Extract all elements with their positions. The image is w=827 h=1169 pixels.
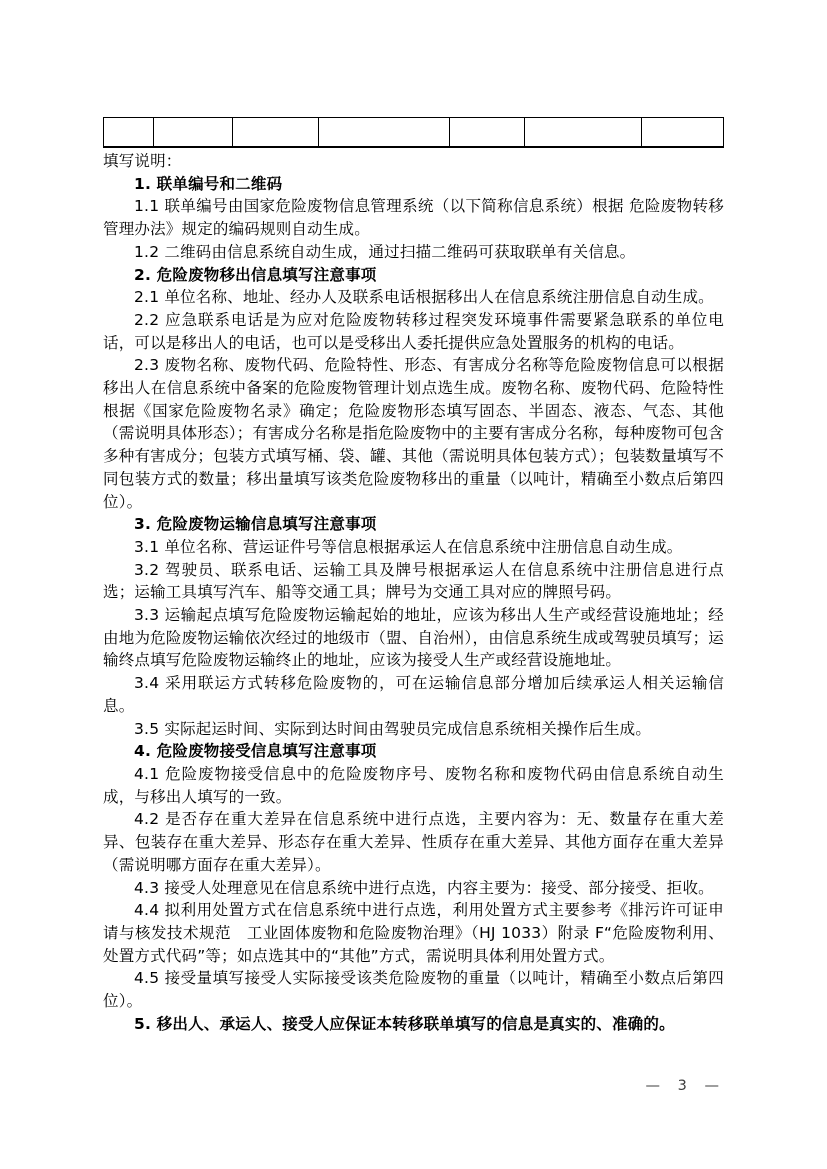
instruction-item-3-5: 3.5 实际起运时间、实际到达时间由驾驶员完成信息系统相关操作后生成。 [103, 718, 724, 741]
instruction-item-3-3: 3.3 运输起点填写危险废物运输起始的地址，应该为移出人生产或经营设施地址；经由… [103, 604, 724, 672]
instruction-item-4-5: 4.5 接受量填写接受人实际接受该类危险废物的重量（以吨计，精确至小数点后第四位… [103, 967, 724, 1012]
section-3-heading: 3. 危险废物运输信息填写注意事项 [103, 513, 724, 536]
table-cell [319, 118, 450, 148]
instruction-item-4-3: 4.3 接受人处理意见在信息系统中进行点选，内容主要为：接受、部分接受、拒收。 [103, 877, 724, 900]
instruction-item-3-1: 3.1 单位名称、营运证件号等信息根据承运人在信息系统中注册信息自动生成。 [103, 536, 724, 559]
instruction-item-2-3: 2.3 废物名称、废物代码、危险特性、形态、有害成分名称等危险废物信息可以根据移… [103, 354, 724, 513]
table-cell [450, 118, 525, 148]
instruction-item-1-1: 1.1 联单编号由国家危险废物信息管理系统（以下简称信息系统）根据 危险废物转移… [103, 195, 724, 240]
table-cell [233, 118, 319, 148]
instruction-item-4-1: 4.1 危险废物接受信息中的危险废物序号、废物名称和废物代码由信息系统自动生成，… [103, 763, 724, 808]
intro-label: 填写说明： [103, 150, 724, 173]
section-2-heading: 2. 危险废物移出信息填写注意事项 [103, 264, 724, 287]
table-row [104, 118, 724, 148]
instruction-item-1-2: 1.2 二维码由信息系统自动生成，通过扫描二维码可获取联单有关信息。 [103, 241, 724, 264]
manifest-table-fragment [103, 117, 724, 148]
instruction-item-3-4: 3.4 采用联运方式转移危险废物的，可在运输信息部分增加后续承运人相关运输信息。 [103, 672, 724, 717]
section-4-heading: 4. 危险废物接受信息填写注意事项 [103, 740, 724, 763]
page-number: — 3 — [646, 1077, 719, 1095]
instruction-item-4-2: 4.2 是否存在重大差异在信息系统中进行点选，主要内容为：无、数量存在重大差异、… [103, 808, 724, 876]
section-5-heading: 5. 移出人、承运人、接受人应保证本转移联单填写的信息是真实的、准确的。 [103, 1013, 724, 1036]
instruction-item-2-1: 2.1 单位名称、地址、经办人及联系电话根据移出人在信息系统注册信息自动生成。 [103, 286, 724, 309]
section-1-heading: 1. 联单编号和二维码 [103, 173, 724, 196]
document-page: 填写说明： 1. 联单编号和二维码 1.1 联单编号由国家危险废物信息管理系统（… [0, 0, 827, 1169]
instruction-item-4-4: 4.4 拟利用处置方式在信息系统中进行点选，利用处置方式主要参考《排污许可证申请… [103, 899, 724, 967]
table-cell [154, 118, 233, 148]
table-cell [642, 118, 724, 148]
instruction-item-3-2: 3.2 驾驶员、联系电话、运输工具及牌号根据承运人在信息系统中注册信息进行点选；… [103, 559, 724, 604]
instructions-document: 填写说明： 1. 联单编号和二维码 1.1 联单编号由国家危险废物信息管理系统（… [103, 117, 724, 1035]
table-cell [525, 118, 642, 148]
table-cell [104, 118, 154, 148]
instruction-item-2-2: 2.2 应急联系电话是为应对危险废物转移过程突发环境事件需要紧急联系的单位电话，… [103, 309, 724, 354]
